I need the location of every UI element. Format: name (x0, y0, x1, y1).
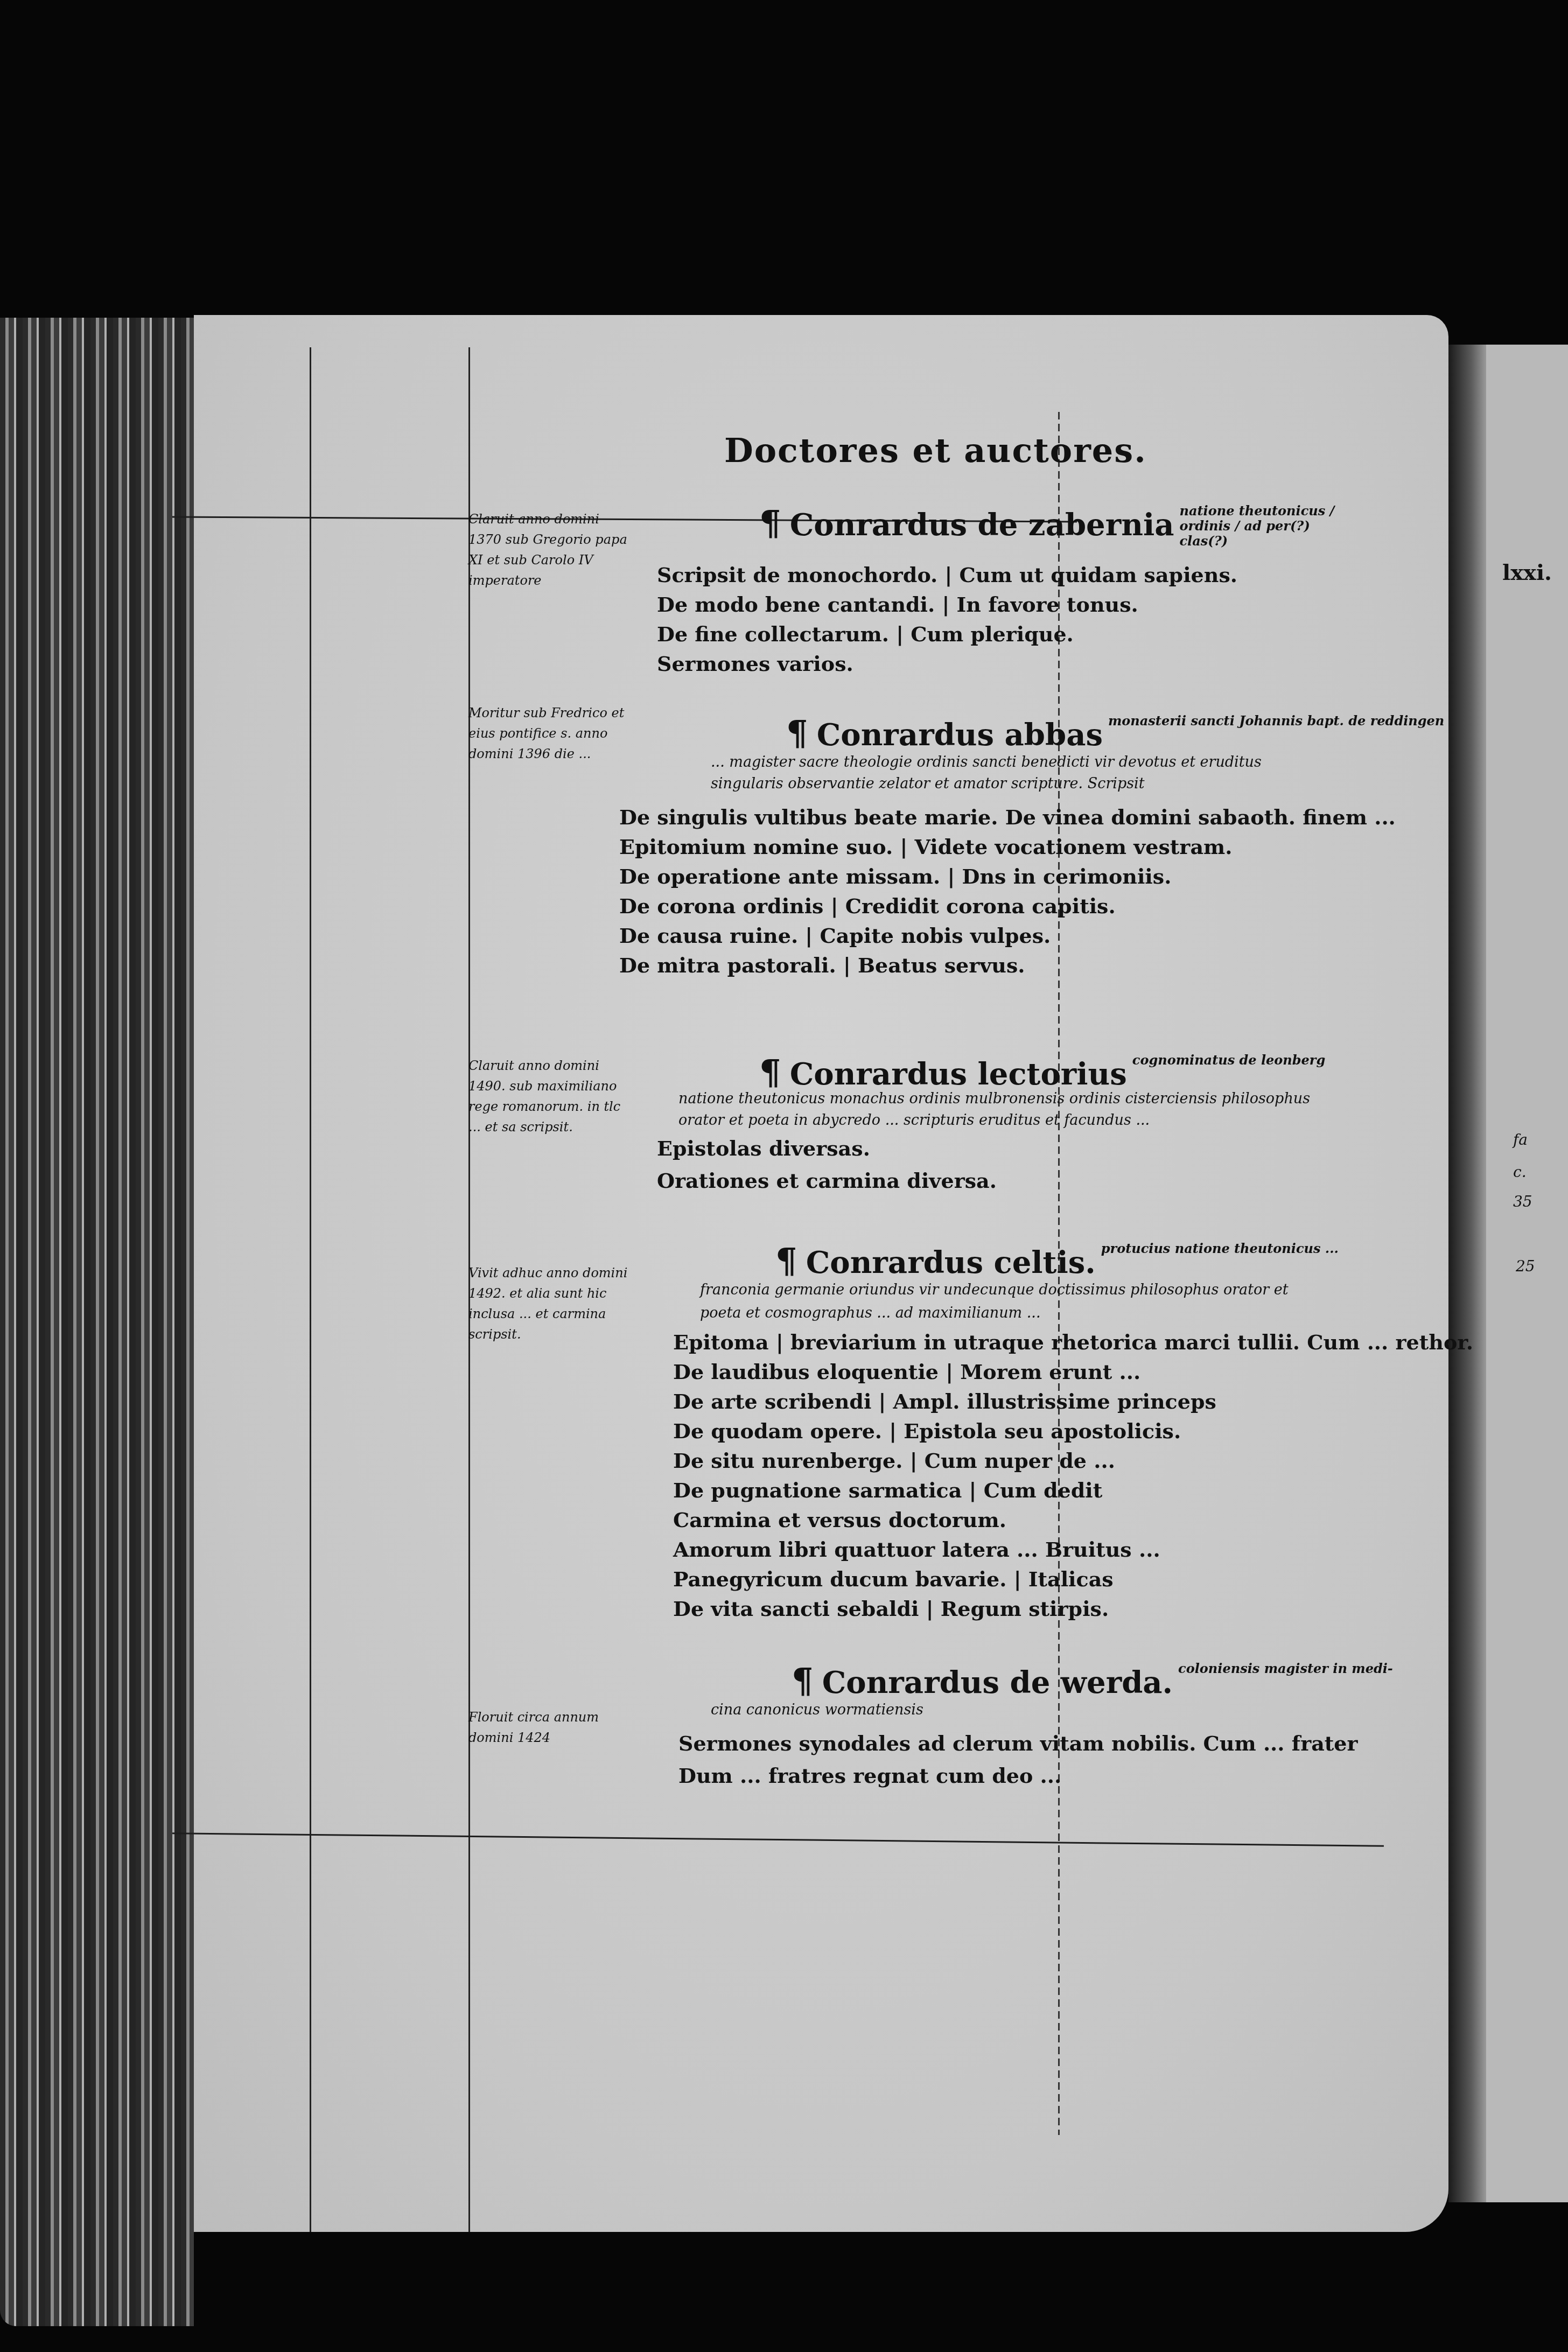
work-line: Scripsit de monochordo. | Cum ut quidam … (657, 563, 1237, 587)
margin-note: Vivit adhuc anno domini 1492. et alia su… (468, 1263, 630, 1345)
heading-note: coloniensis magister in medi- (1178, 1661, 1393, 1676)
pilcrow-icon: ¶ (792, 1661, 814, 1702)
work-line: De arte scribendi | Ampl. illustrissime … (673, 1389, 1216, 1413)
subnote-line: poeta et cosmographus ... ad maximilianu… (700, 1305, 1041, 1321)
right-margin-annotation: fa (1513, 1131, 1528, 1149)
entry-heading: ¶Conrardus de zabernianatione theutonicu… (759, 503, 1341, 549)
entry-heading-text: Conrardus celtis. (806, 1245, 1096, 1280)
work-line: De causa ruine. | Capite nobis vulpes. (619, 923, 1051, 948)
work-line: Carmina et versus doctorum. (673, 1508, 1006, 1532)
work-line: Orationes et carmina diversa. (657, 1168, 997, 1193)
book-page-edges (0, 318, 194, 2326)
entry-heading: ¶Conrardus lectoriuscognominatus de leon… (759, 1053, 1325, 1093)
pilcrow-icon: ¶ (759, 503, 781, 544)
folio-number: lxxi. (1502, 560, 1552, 585)
pilcrow-icon: ¶ (786, 713, 808, 754)
work-line: De vita sancti sebaldi | Regum stirpis. (673, 1597, 1109, 1621)
entry-heading-text: Conrardus de werda. (822, 1665, 1173, 1700)
work-line: Panegyricum ducum bavarie. | Italicas (673, 1567, 1114, 1591)
work-line: De singulis vultibus beate marie. De vin… (619, 805, 1396, 829)
work-line: De operatione ante missam. | Dns in ceri… (619, 864, 1171, 888)
ruling-line-bottom (172, 1832, 1384, 1847)
margin-note: Moritur sub Fredrico et eius pontifice s… (468, 703, 630, 764)
right-margin-annotation: c. (1513, 1163, 1527, 1181)
work-line: Sermones synodales ad clerum vitam nobil… (678, 1731, 1358, 1755)
work-line: Epitomium nomine suo. | Videte vocatione… (619, 835, 1232, 859)
work-line: De fine collectarum. | Cum plerique. (657, 622, 1074, 646)
margin-note: Claruit anno domini 1370 sub Gregorio pa… (468, 509, 630, 591)
entry-heading: ¶Conrardus celtis.protucius natione theu… (775, 1241, 1339, 1282)
work-line: Epitoma | breviarium in utraque rhetoric… (673, 1330, 1473, 1354)
entry-heading: ¶Conrardus abbasmonasterii sancti Johann… (786, 713, 1444, 754)
work-line: De mitra pastorali. | Beatus servus. (619, 953, 1025, 977)
entry-heading-text: Conrardus de zabernia (790, 507, 1174, 543)
margin-note: Claruit anno domini 1490. sub maximilian… (468, 1055, 630, 1137)
right-margin-annotation: 25 (1516, 1257, 1535, 1275)
manuscript-page: Doctores et auctores. Claruit anno domin… (194, 315, 1448, 2232)
work-line: De pugnatione sarmatica | Cum dedit (673, 1478, 1102, 1502)
work-line: Dum ... fratres regnat cum deo ... (678, 1763, 1061, 1788)
heading-note: cognominatus de leonberg (1132, 1053, 1326, 1068)
subnote-line: singularis observantie zelator et amator… (711, 775, 1145, 792)
right-margin-annotation: 35 (1513, 1193, 1532, 1210)
work-line: De corona ordinis | Credidit corona capi… (619, 894, 1116, 918)
heading-note: natione theutonicus / ordinis / ad per(?… (1179, 503, 1341, 549)
page-title: Doctores et auctores. (724, 431, 1147, 470)
work-line: Sermones varios. (657, 652, 853, 676)
subnote-line: cina canonicus wormatiensis (711, 1702, 923, 1718)
margin-note: Floruit circa annum domini 1424 (468, 1707, 630, 1748)
work-line: De situ nurenberge. | Cum nuper de ... (673, 1448, 1115, 1473)
work-line: De quodam opere. | Epistola seu apostoli… (673, 1419, 1181, 1443)
subnote-line: franconia germanie oriundus vir undecunq… (700, 1282, 1289, 1298)
ruling-line-margin-left (310, 347, 311, 2232)
work-line: De modo bene cantandi. | In favore tonus… (657, 592, 1138, 617)
work-line: Epistolas diversas. (657, 1136, 870, 1160)
pilcrow-icon: ¶ (775, 1241, 797, 1282)
pilcrow-icon: ¶ (759, 1053, 781, 1093)
gutter-shadow (1448, 345, 1486, 2202)
entry-heading-text: Conrardus lectorius (790, 1056, 1127, 1092)
work-line: De laudibus eloquentie | Morem erunt ... (673, 1360, 1140, 1384)
subnote-line: ... magister sacre theologie ordinis san… (711, 754, 1262, 771)
heading-note: monasterii sancti Johannis bapt. de redd… (1108, 713, 1444, 729)
work-line: Amorum libri quattuor latera ... Bruitus… (673, 1537, 1160, 1562)
subnote-line: natione theutonicus monachus ordinis mul… (678, 1090, 1310, 1107)
entry-heading-text: Conrardus abbas (817, 717, 1103, 753)
heading-note: protucius natione theutonicus ... (1101, 1241, 1339, 1256)
entry-heading: ¶Conrardus de werda.coloniensis magister… (792, 1661, 1393, 1702)
subnote-line: orator et poeta in abycredo ... scriptur… (678, 1112, 1150, 1129)
